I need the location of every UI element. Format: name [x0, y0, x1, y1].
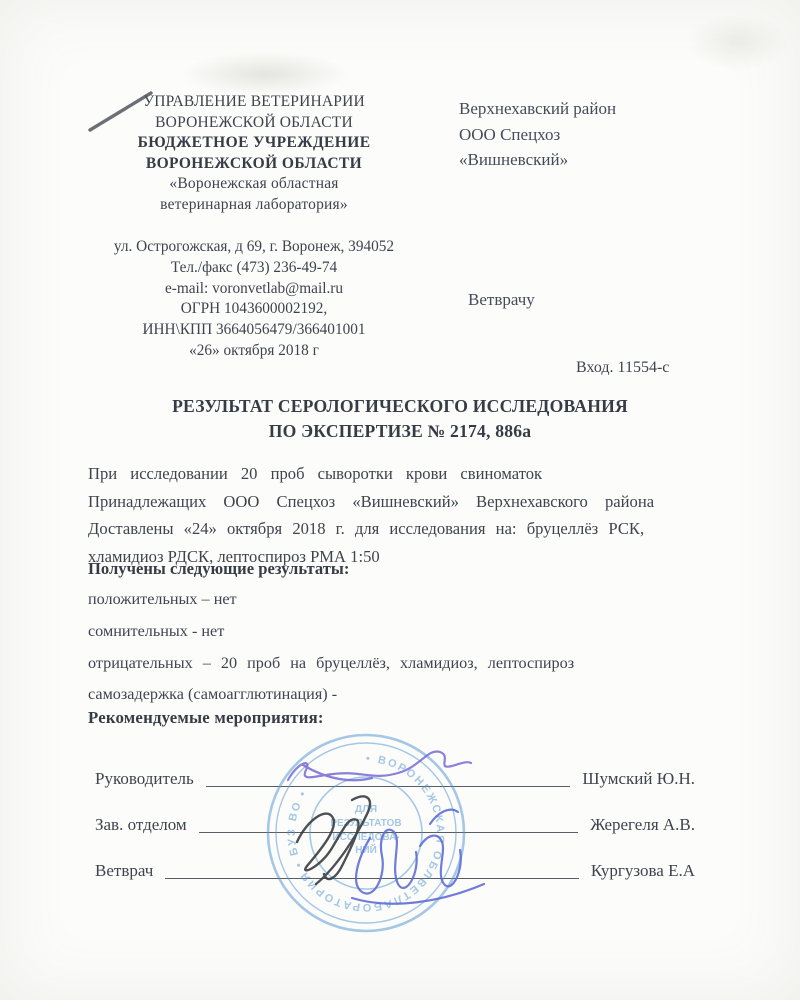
- contact-line: ОГРН 1043600002192,: [84, 299, 424, 320]
- signature-name: Шумский Ю.Н.: [582, 768, 695, 790]
- incoming-number: Вход. 11554-с: [576, 359, 669, 377]
- scanned-document-page: УПРАВЛЕНИЕ ВЕТЕРИНАРИИ ВОРОНЕЖСКОЙ ОБЛАС…: [0, 0, 800, 1000]
- stamp-center-line: НИЙ: [355, 843, 377, 856]
- result-item: отрицательных – 20 проб на бруцеллёз, хл…: [88, 648, 574, 680]
- result-item: сомнительных - нет: [88, 616, 574, 648]
- recipient-line: ООО Спецхоз: [459, 122, 616, 148]
- results-heading: Получены следующие результаты:: [88, 559, 349, 579]
- body-paragraph: При исследовании 20 проб сыворотки крови…: [88, 460, 654, 570]
- org-name-line: УПРАВЛЕНИЕ ВЕТЕРИНАРИИ: [84, 92, 424, 113]
- document-title-line: ПО ЭКСПЕРТИЗЕ № 2174, 886а: [60, 419, 740, 444]
- scan-smudge: [688, 14, 788, 70]
- recipient-line: Верхнехавский район: [459, 96, 616, 122]
- signature-row: Ветврач Кургузова Е.А: [95, 860, 695, 882]
- document-title: РЕЗУЛЬТАТ СЕРОЛОГИЧЕСКОГО ИССЛЕДОВАНИЯ П…: [60, 394, 740, 444]
- org-contacts-block: ул. Острогожская, д 69, г. Воронеж, 3940…: [84, 237, 424, 362]
- result-item: положительных – нет: [88, 584, 574, 616]
- recommendations-heading: Рекомендуемые мероприятия:: [88, 708, 324, 728]
- signature-name: Кургузова Е.А: [591, 860, 695, 882]
- signature-row: Зав. отделом Жерегеля А.В.: [95, 814, 695, 836]
- body-line: При исследовании 20 проб сыворотки крови…: [88, 460, 654, 488]
- org-name-line: ВОРОНЕЖСКОЙ ОБЛАСТИ: [84, 113, 424, 134]
- signature-name: Жерегеля А.В.: [590, 814, 695, 836]
- org-name-line: ветеринарная лаборатория»: [84, 195, 424, 216]
- signature-role: Ветврач: [95, 860, 153, 882]
- contact-line: ул. Острогожская, д 69, г. Воронеж, 3940…: [84, 237, 424, 258]
- contact-line: Тел./факс (473) 236-49-74: [84, 258, 424, 279]
- recipient-line: «Вишневский»: [459, 147, 616, 173]
- scan-smudge: [180, 52, 350, 96]
- signature-line: [199, 831, 578, 833]
- signature-line: [165, 877, 579, 879]
- signature-role: Зав. отделом: [95, 814, 187, 836]
- body-line: Доставлены «24» октября 2018 г. для иссл…: [88, 515, 654, 543]
- document-title-line: РЕЗУЛЬТАТ СЕРОЛОГИЧЕСКОГО ИССЛЕДОВАНИЯ: [60, 394, 740, 419]
- addressee-label: Ветврачу: [468, 290, 535, 310]
- org-name-line: БЮДЖЕТНОЕ УЧРЕЖДЕНИЕ: [84, 133, 424, 154]
- document-date: «26» октября 2018 г: [84, 341, 424, 362]
- result-item: самозадержка (самоагглютинация) -: [88, 679, 574, 711]
- org-header-block: УПРАВЛЕНИЕ ВЕТЕРИНАРИИ ВОРОНЕЖСКОЙ ОБЛАС…: [84, 92, 424, 216]
- org-name-line: ВОРОНЕЖСКОЙ ОБЛАСТИ: [84, 154, 424, 175]
- signature-line: [206, 785, 571, 787]
- results-list: положительных – нет сомнительных - нет о…: [88, 584, 574, 711]
- signature-row: Руководитель Шумский Ю.Н.: [95, 768, 695, 790]
- recipient-block: Верхнехавский район ООО Спецхоз «Вишневс…: [459, 96, 616, 173]
- org-name-line: «Воронежская областная: [84, 174, 424, 195]
- body-line: Принадлежащих ООО Спецхоз «Вишневский» В…: [88, 488, 654, 516]
- contact-line: e-mail: voronvetlab@mail.ru: [84, 279, 424, 300]
- contact-line: ИНН\КПП 3664056479/366401001: [84, 320, 424, 341]
- signature-role: Руководитель: [95, 768, 194, 790]
